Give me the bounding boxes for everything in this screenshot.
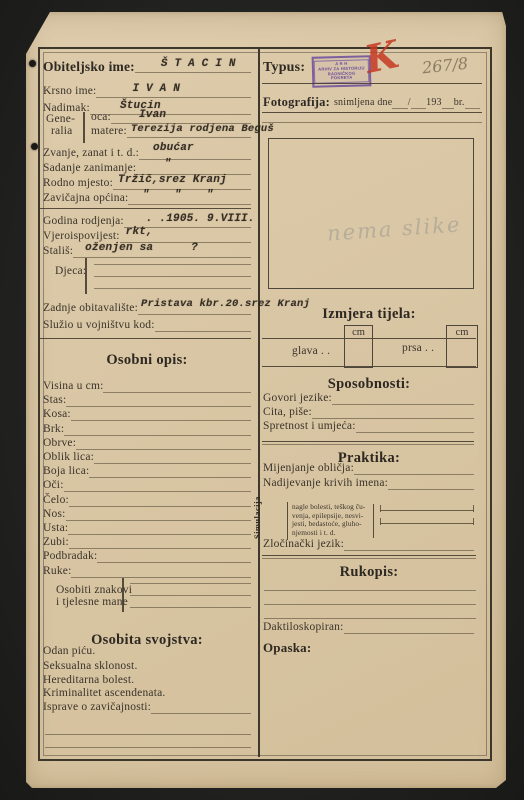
field-label: glava . . <box>292 345 330 357</box>
section-title: Rukopis: <box>262 564 476 581</box>
ruled-line: " <box>136 159 251 175</box>
description-row: Obrve: <box>43 437 251 450</box>
section-separator <box>40 338 251 339</box>
special-marks-block: Osobiti znakovi i tjelesne mane <box>43 576 251 614</box>
field-value: Tržič,srez Kranj <box>118 174 227 187</box>
field-label: Brk: <box>43 423 64 436</box>
ruled-line <box>392 91 407 109</box>
field-label: Godina rodjenja: <box>43 215 124 228</box>
field-label: Zavičajna općina: <box>43 192 128 205</box>
field-label: br. <box>454 96 465 109</box>
trait-row: Hereditarna bolest. <box>43 674 251 687</box>
family-name-row: Obiteljsko ime: Š T A C I N <box>43 55 251 73</box>
field-value: " <box>142 189 149 202</box>
ruled-line: Terezija rodjena Beguš <box>127 123 251 138</box>
ruled-line: obućar <box>139 144 251 160</box>
field-label: Typus: <box>263 60 305 76</box>
description-row: Zubi: <box>43 536 251 549</box>
simulation-text: nagle bolesti, teškog ču- venja, epileps… <box>292 503 376 537</box>
measure-cell-head: cm <box>344 325 373 368</box>
field-value: " <box>206 189 213 202</box>
ruled-line <box>155 316 251 332</box>
field-label: 193 <box>426 96 442 109</box>
field-value: I V A N <box>132 83 180 96</box>
marital-status-row: Stališ: oženjen sa ? <box>43 243 251 258</box>
description-row: Usta: <box>43 522 251 535</box>
ruled-line <box>130 595 251 596</box>
ruled-line <box>89 464 251 478</box>
ruled-line <box>442 91 454 109</box>
scanned-document-page: Obiteljsko ime: Š T A C I N Krsno ime: I… <box>0 0 524 800</box>
photo-note-handwriting: nema slike <box>326 212 462 245</box>
ruled-line <box>45 734 251 735</box>
field-label: Usta: <box>43 522 68 535</box>
field-label: Krsno ime: <box>43 85 96 98</box>
section-separator <box>262 83 482 84</box>
ruled-line <box>69 493 251 507</box>
field-label: Simulacija <box>252 499 264 539</box>
field-label: Osobiti znakovi <box>56 584 132 596</box>
field-value: Š T A C I N <box>161 58 236 71</box>
fingerprint-row: Daktiloskopiran: <box>263 621 474 634</box>
field-label: Oblik lica: <box>43 451 94 464</box>
ruled-line <box>151 700 251 714</box>
field-label: Gene- <box>46 113 75 125</box>
hole-punch <box>31 143 38 150</box>
ruled-line <box>356 419 474 433</box>
section-separator <box>262 555 476 556</box>
field-value: Terezija rodjena Beguš <box>131 123 274 136</box>
trait-row: Seksualna sklonost. <box>43 660 251 673</box>
field-label: Oči: <box>43 479 64 492</box>
field-label: Visina u cm: <box>43 380 103 393</box>
field-label: Podbradak: <box>43 550 97 563</box>
field-label: Obrve: <box>43 437 76 450</box>
ruled-line <box>66 393 251 407</box>
field-label: Zubi: <box>43 536 69 549</box>
ruled-line <box>130 583 251 584</box>
section-title: Osobni opis: <box>43 352 251 369</box>
ruled-line: " " " <box>128 189 251 205</box>
field-label: Rodno mjesto: <box>43 177 113 190</box>
brace-line <box>373 504 374 538</box>
ruled-line <box>264 604 476 605</box>
home-municipality-row: Zavičajna općina: " " " <box>43 190 251 205</box>
trait-row: Odan piću. <box>43 645 251 658</box>
section-separator <box>262 558 476 559</box>
field-value: " <box>164 158 171 171</box>
ruled-line <box>94 450 251 464</box>
ruled-line <box>66 507 251 521</box>
ruled-line: oženjen sa ? <box>73 242 251 258</box>
description-row: Boja lica: <box>43 465 251 478</box>
field-value: rkt, <box>126 226 153 239</box>
ruled-line <box>380 523 474 524</box>
field-label: Djeca: <box>55 265 86 277</box>
field-label: Mijenjanje obličja: <box>263 462 354 475</box>
field-label: Opaska: <box>263 640 311 656</box>
ruled-line <box>64 478 251 492</box>
hole-punch <box>29 60 36 67</box>
description-row: Visina u cm: <box>43 380 251 393</box>
current-occupation-row: Sadanje zanimanje: " <box>43 160 251 175</box>
section-separator <box>40 208 251 209</box>
description-row: Brk: <box>43 423 251 436</box>
mother-row: matere: Terezija rodjena Beguš <box>91 124 251 138</box>
field-label: Zadnje obitavalište: <box>43 302 138 315</box>
ruled-line <box>103 379 251 393</box>
ruled-line <box>94 264 251 265</box>
ruled-line <box>354 461 474 475</box>
description-row: Nos: <box>43 508 251 521</box>
trade-row: Zvanje, zanat i t. d.: obućar <box>43 145 251 160</box>
field-label: Čelo: <box>43 494 69 507</box>
section-title: Izmjera tijela: <box>262 306 476 323</box>
description-row: Oblik lica: <box>43 451 251 464</box>
ruled-line <box>312 405 474 419</box>
ruled-line <box>465 91 480 109</box>
religion-row: Vjeroispovijest: rkt, <box>43 228 251 243</box>
ruled-line <box>94 288 251 289</box>
brace-line <box>85 258 87 294</box>
description-row: Oči: <box>43 479 251 492</box>
ruled-line <box>64 422 251 436</box>
description-row: Podbradak: <box>43 550 251 563</box>
ruled-line <box>380 510 474 511</box>
description-row: Stas: <box>43 394 251 407</box>
ruled-line <box>388 476 474 490</box>
field-label: Govori jezike: <box>263 392 332 405</box>
photo-box: nema slike <box>268 138 474 289</box>
field-label: Služio u vojništvu kod: <box>43 319 155 332</box>
field-label: Fotografija: <box>263 96 330 109</box>
section-separator <box>262 444 474 445</box>
field-label: snimljena dne <box>334 96 392 109</box>
photograph-row: Fotografija: snimljena dne / 193 br. <box>263 92 480 109</box>
description-row: Kosa: <box>43 408 251 421</box>
section-separator <box>262 441 474 442</box>
ruled-line <box>264 590 476 591</box>
field-label: Stališ: <box>43 245 73 258</box>
trait-row: Isprave o zavičajnosti: <box>43 701 251 714</box>
ruled-line <box>68 521 251 535</box>
ruled-line: Ivan <box>111 109 251 124</box>
ability-row: Cita, piše: <box>263 406 474 419</box>
ruled-line <box>45 747 251 748</box>
column-divider <box>258 47 260 757</box>
children-block: Djeca: <box>43 258 251 298</box>
criminal-language-row: Zločinački jezik: <box>263 538 474 551</box>
generalia-block: Gene- ralia oca: Ivan matere: Terezija r… <box>43 112 251 145</box>
ruled-line: Š T A C I N <box>135 54 251 73</box>
ruled-line: Pristava kbr.20.srez Kranj <box>138 299 251 315</box>
field-value: obućar <box>153 142 194 155</box>
field-label: Nadijevanje krivih imena: <box>263 477 388 490</box>
last-residence-row: Zadnje obitavalište: Pristava kbr.20.sre… <box>43 300 251 315</box>
brace-line <box>287 502 288 540</box>
ruled-line: I V A N <box>96 82 251 98</box>
field-label: Odan piću. <box>43 645 95 658</box>
brace-line <box>83 112 85 143</box>
ruled-line <box>411 91 426 109</box>
ruled-line: Tržič,srez Kranj <box>113 174 251 190</box>
ruled-line <box>69 535 251 549</box>
description-row: Čelo: <box>43 494 251 507</box>
field-label: Kriminalitet ascendenata. <box>43 687 166 700</box>
ruled-line <box>344 620 475 634</box>
field-label: Daktiloskopiran: <box>263 621 344 634</box>
field-label: Zločinački jezik: <box>263 538 344 551</box>
field-label: Boja lica: <box>43 465 89 478</box>
military-row: Služio u vojništvu kod: <box>43 317 251 332</box>
paper-sheet: Obiteljsko ime: Š T A C I N Krsno ime: I… <box>26 12 506 788</box>
field-label: Zvanje, zanat i t. d.: <box>43 147 139 160</box>
field-label: Nos: <box>43 508 66 521</box>
ruled-line <box>94 276 251 277</box>
ruled-line <box>332 391 474 405</box>
ruled-line <box>76 436 251 450</box>
first-name-row: Krsno ime: I V A N <box>43 83 251 98</box>
field-label: Isprave o zavičajnosti: <box>43 701 151 714</box>
practice-row: Mijenjanje obličja: <box>263 462 474 475</box>
field-label: matere: <box>91 125 127 138</box>
ruled-line: rkt, <box>120 227 251 243</box>
field-label: i tjelesne mane <box>56 596 128 608</box>
ability-row: Spretnost i umjeća: <box>263 420 474 433</box>
ruled-line <box>97 549 251 563</box>
field-label: Cita, piše: <box>263 406 312 419</box>
field-value: . .1905. 9.VIII. <box>146 213 255 226</box>
field-value: Ivan <box>139 109 166 122</box>
archive-stamp-text: A R H ARHIV ZA HISTORIJU RADNIČKOG POKRE… <box>314 60 370 84</box>
field-label: Seksualna sklonost. <box>43 660 138 673</box>
ruled-line <box>264 618 476 619</box>
field-label: Spretnost i umjeća: <box>263 420 356 433</box>
field-label: Obiteljsko ime: <box>43 60 135 73</box>
field-label: Stas: <box>43 394 66 407</box>
ruled-line <box>130 607 251 608</box>
ability-row: Govori jezike: <box>263 392 474 405</box>
field-label: ralia <box>51 125 72 137</box>
section-separator <box>262 112 482 113</box>
father-row: oca: Ivan <box>91 110 251 124</box>
measure-cell-chest: cm <box>446 325 478 368</box>
field-value: oženjen sa <box>85 242 153 255</box>
field-label: Hereditarna bolest. <box>43 674 134 687</box>
field-label: oca: <box>91 111 111 124</box>
section-separator <box>262 122 482 123</box>
trait-row: Kriminalitet ascendenata. <box>43 687 251 700</box>
ruled-line <box>71 407 251 421</box>
field-value: " <box>174 189 181 202</box>
ruled-line <box>344 537 474 551</box>
birthplace-row: Rodno mjesto: Tržič,srez Kranj <box>43 175 251 190</box>
field-label: Kosa: <box>43 408 71 421</box>
field-value: ? <box>191 242 198 255</box>
field-label: prsa . . <box>402 342 434 354</box>
brace-line <box>122 578 124 612</box>
practice-row: Nadijevanje krivih imena: <box>263 477 474 490</box>
